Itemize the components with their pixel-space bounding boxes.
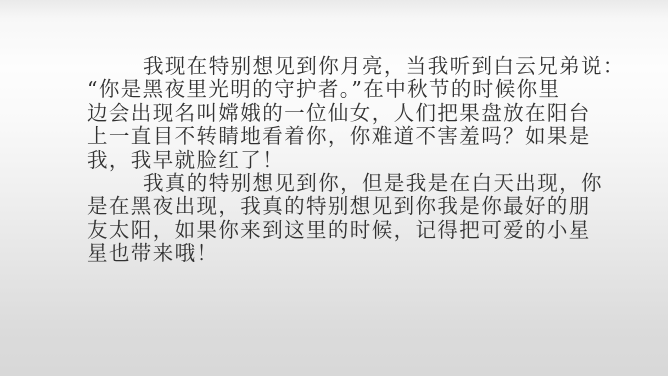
text-line: 上一直目不转睛地看着你，你难道不害羞吗？如果是 [87, 125, 607, 148]
text-line: 是在黑夜出现，我真的特别想见到你我是你最好的朋 [87, 195, 607, 218]
text-line: 星也带来哦！ [87, 242, 607, 265]
text-line: 我，我早就脸红了！ [87, 149, 607, 172]
text-line: 我现在特别想见到你月亮，当我听到白云兄弟说： [87, 55, 607, 78]
text-line: 友太阳，如果你来到这里的时候，记得把可爱的小星 [87, 219, 607, 242]
paragraph: 我真的特别想见到你，但是我是在白天出现，你 是在黑夜出现，我真的特别想见到你我是… [87, 172, 607, 266]
text-line: “你是黑夜里光明的守护者。”在中秋节的时候你里 [87, 78, 607, 101]
text-line: 我真的特别想见到你，但是我是在白天出现，你 [87, 172, 607, 195]
slide-background: 我现在特别想见到你月亮，当我听到白云兄弟说： “你是黑夜里光明的守护者。”在中秋… [0, 0, 668, 376]
text-line: 边会出现名叫嫦娥的一位仙女，人们把果盘放在阳台 [87, 102, 607, 125]
paragraph: 我现在特别想见到你月亮，当我听到白云兄弟说： “你是黑夜里光明的守护者。”在中秋… [87, 55, 607, 172]
slide-text-block: 我现在特别想见到你月亮，当我听到白云兄弟说： “你是黑夜里光明的守护者。”在中秋… [87, 55, 607, 266]
